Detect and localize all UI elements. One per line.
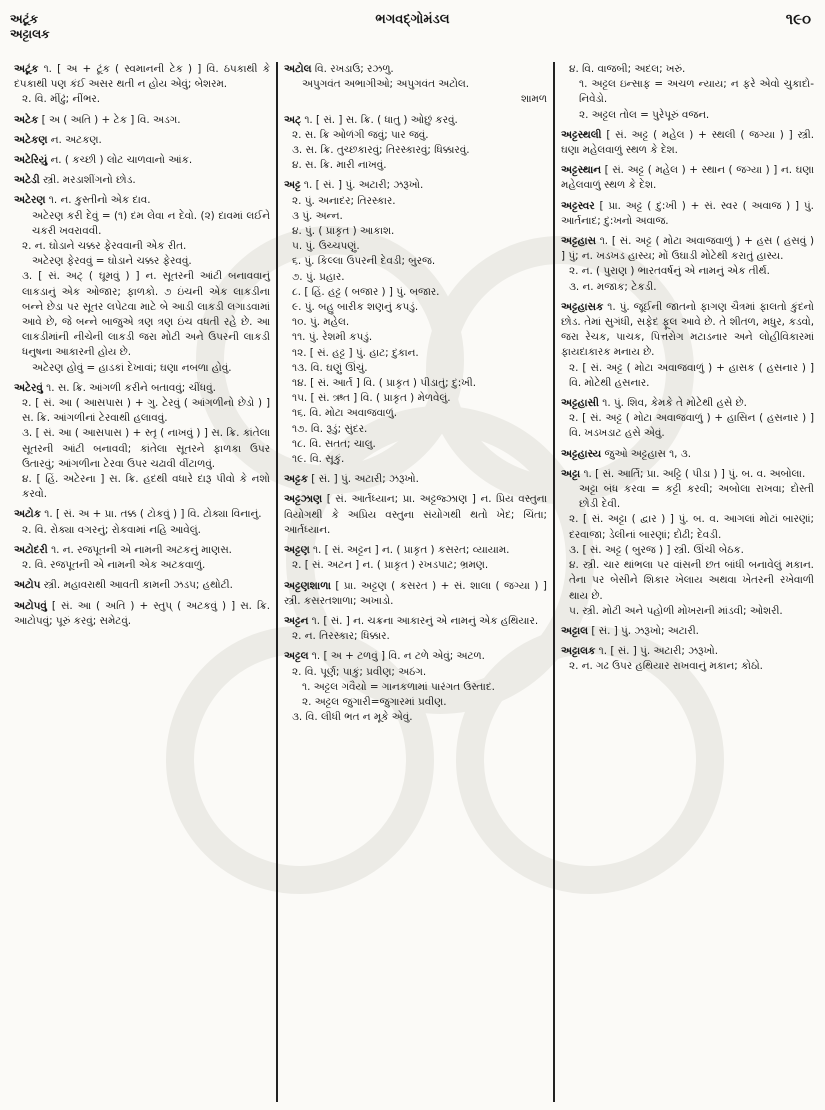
headword: અટેરિયું: [14, 154, 47, 166]
headword: અટેરવું: [14, 382, 43, 394]
sense-definition: ૨. [ સં. અટ્ટ ( મોટા અવાજવાળું ) + હાસક …: [561, 361, 814, 391]
dictionary-entry: અટેરિયું ન. ( કચ્છી ) લોટ ચાળવાનો આંક.: [14, 153, 270, 168]
dictionary-entry: અટોક ૧. [ સં. અ + પ્રા. તક્ક ( ટોકવું ) …: [14, 507, 270, 537]
entry-first-line: અટ્ટસ્થાન [ સં. અટ્ટ ( મહેલ ) + સ્થાન ( …: [561, 163, 814, 193]
headword: અટોપવું: [14, 600, 47, 612]
entry-first-line: અટ્ટક [ સં. ] પું. અટારી; ઝરૂખો.: [284, 472, 547, 487]
entry-first-line: અટૂંક ૧. [ અ + ટૂંક ( સ્વમાનની ટેક ) ] વ…: [14, 62, 270, 92]
definition-text: ૧. [ અ + ટળવું ] વિ. ન ટળે એવું; અટળ.: [312, 650, 485, 662]
dictionary-entry: અટ્ ૧. [ સં. ] સ. ક્રિ. ( ધાતુ ) ઓછું કર…: [284, 113, 547, 174]
headword: અટ્ટહાસક: [561, 301, 603, 313]
sense-definition: ૫. પું. ઉચ્ચપણું.: [284, 239, 547, 254]
entry-first-line: અટ્ટાલ [ સં. ] પું. ઝરૂખો; અટારી.: [561, 624, 814, 639]
definition-text: ૧. [ અ + ટૂંક ( સ્વમાનની ટેક ) ] વિ. ઠપક…: [14, 63, 270, 90]
headword: અટોપ: [14, 579, 40, 591]
headword: અટેક: [14, 114, 38, 126]
headword: અટ્ટહાસ્ય: [561, 448, 601, 460]
sense-definition: ૨. ન. તિરસ્કાર; ધિક્કાર.: [284, 629, 547, 644]
sense-definition: ૨. ન. ( પુરાણ ) ભારતવર્ષનું એ નામનું એક …: [561, 264, 814, 279]
headword: અટૂંક: [14, 63, 38, 75]
dictionary-entry: અટ્ટહાસી ૧. પું. શિવ, કેમકે તે મોટેથી હસ…: [561, 396, 814, 442]
usage-example: અટેરણ કરી દેવું = (૧) દમ લેવા ન દેવો. (૨…: [14, 209, 270, 239]
usage-example: ૧. અટ્ટલ ગવૈયો = ગાનકળામાં પારંગત ઉસ્તાદ…: [284, 680, 547, 695]
headword: અટ્ટણ: [284, 544, 310, 556]
sense-definition: ૨. [ સં. આ ( આસપાસ ) + ગુ. ટેરવું ( આંગળ…: [14, 396, 270, 426]
sense-definition: ૨. [ સં. અટ્ટ ( મોટા અવાજવાળું ) + હાસિન…: [561, 411, 814, 441]
entry-first-line: અટ્ટા ૧. [ સં. આર્તિ; પ્રા. અટ્ટિ ( પીડા…: [561, 467, 814, 482]
dictionary-entry: અટોલ વિ. રખડાઉ; રઝળુ.અપુગવંત અભાગીઓ; અપુ…: [284, 62, 547, 108]
dictionary-entry: અટ્ટસ્વર [ પ્રા. અટ્ટ ( દુ:ખી ) + સં. સ્…: [561, 199, 814, 229]
definition-text: ૧. [ સં. ] ન. ચક્રના આકારનું એ નામનું એક…: [312, 615, 539, 627]
definition-text: ૧. ન. રજપૂતની એ નામની અટકનું માણસ.: [51, 544, 232, 556]
headword: અટ્ટ: [284, 179, 301, 191]
definition-text: ૧. [ સં. ] પું. અટારી; ઝરૂખો.: [304, 179, 423, 191]
column-left: અટૂંક ૧. [ અ + ટૂંક ( સ્વમાનની ટેક ) ] વ…: [8, 62, 278, 1102]
entry-first-line: અટેક [ અ ( અતિ ) + ટેક ] વિ. અડગ.: [14, 113, 270, 128]
headword: અટેરણ: [14, 194, 45, 206]
sense-definition: ૪. સ્ત્રી. ચાર થાંભલા પર વાંસની છત બાંધી…: [561, 558, 814, 604]
sense-definition: ૨. [ સં. અટ્ટા ( દ્વાર ) ] પું. બ. વ. આગ…: [561, 512, 814, 542]
definition-text: સ્ત્રી. મહાવરાથી આવતી કામની ઝડપ; હથોટી.: [44, 579, 233, 591]
sense-definition: ૩. ન. મજાક; ટેકડી.: [561, 280, 814, 295]
definition-text: [ સં. ] પું. અટારી; ઝરૂખો.: [311, 473, 419, 485]
sense-definition: ૩. [ સં. અટ્ટ ( બુરજ ) ] સ્ત્રી. ઊંચી બે…: [561, 543, 814, 558]
sense-definition: ૧૫. [ સં. ઋત ] વિ. ( પ્રાકૃત ) મેળવેલું.: [284, 391, 547, 406]
definition-text: સ્ત્રી. મરડાશીંગનો છોડ.: [43, 174, 136, 186]
sense-definition: ૩. સ. ક્રિ. તુચ્છકારવું; તિરસ્કારવું; ધિ…: [284, 143, 547, 158]
sense-definition: ૧૦. પું. મહેલ.: [284, 315, 547, 330]
definition-text: ૧. [ સં. અટ્ટ ( મોટા અવાજવાળું ) + હસ ( …: [561, 235, 814, 262]
entry-first-line: અટ્ટઝાણ [ સં. આર્તધ્યાન; પ્રા. અટ્ટજ્ઝાણ…: [284, 492, 547, 538]
dictionary-entry: અટ્ટા ૧. [ સં. આર્તિ; પ્રા. અટ્ટિ ( પીડા…: [561, 467, 814, 619]
definition-text: ૧. [ સં. ] સ. ક્રિ. ( ધાતુ ) ઓછું કરવું.: [304, 114, 457, 126]
sense-definition: ૬. પું. કિલ્લા ઉપરની દેવડી; બુરજ.: [284, 254, 547, 269]
headword: અટ્ટહાસી: [561, 397, 599, 409]
entry-first-line: અટ્ટહાસ્ય જુઓ અટ્ટહાસ ૧, ૩.: [561, 447, 814, 462]
dictionary-entry: અટ્ટક [ સં. ] પું. અટારી; ઝરૂખો.: [284, 472, 547, 487]
definition-text: ૧. પું. શિવ, કેમકે તે મોટેથી હસે છે.: [602, 397, 747, 409]
entry-first-line: અટેકણ ન. અટકણ.: [14, 133, 270, 148]
dictionary-entry: અટેરણ ૧. ન. કુસ્તીનો એક દાવ.અટેરણ કરી દે…: [14, 193, 270, 375]
definition-text: ૧. ન. કુસ્તીનો એક દાવ.: [49, 194, 151, 206]
dictionary-entry: ૪. વિ. વાજબી; અદલ; ખરું.૧. અટ્ટલ ઇન્સાફ …: [561, 62, 814, 123]
entry-first-line: અટોપવું [ સં. આ ( અતિ ) + સ્તુપ્ ( અટકવુ…: [14, 599, 270, 629]
dictionary-entry: અટ્ટલ ૧. [ અ + ટળવું ] વિ. ન ટળે એવું; અ…: [284, 649, 547, 725]
definition-text: [ પ્રા. અટ્ટ ( દુ:ખી ) + સં. સ્વર ( અવાજ…: [561, 200, 814, 227]
dictionary-entry: અટ્ટહાસ્ય જુઓ અટ્ટહાસ ૧, ૩.: [561, 447, 814, 462]
page-number: ૧૯૦: [786, 10, 811, 28]
headword: અટેડી: [14, 174, 40, 186]
sense-definition: ૧૬. વિ. મોટા અવાજવાળું.: [284, 406, 547, 421]
sense-definition: ૧૧. પું. રેશમી કપડું.: [284, 330, 547, 345]
headword: અટોલ: [284, 63, 311, 75]
usage-example: ૨. અટ્ટલ જુગારી=જુગારમાં પ્રવીણ.: [284, 695, 547, 710]
dictionary-entry: અટ્ટાલક ૧. [ સં. ] પું. અટારી; ઝરૂખો.૨. …: [561, 644, 814, 674]
sense-definition: ૨. વિ. રોક્યા વગરનું; રોકવામાં નહિ આવેલુ…: [14, 523, 270, 538]
definition-text: વિ. રખડાઉ; રઝળુ.: [315, 63, 394, 75]
entry-first-line: અટોદરી ૧. ન. રજપૂતની એ નામની અટકનું માણસ…: [14, 543, 270, 558]
dictionary-columns: અટૂંક ૧. [ અ + ટૂંક ( સ્વમાનની ટેક ) ] વ…: [8, 62, 820, 1102]
headword: અટ્ટણશાળા: [284, 580, 331, 592]
sense-definition: ૧૨. [ સં. હટ્ટ ] પું. હાટ; દુકાન.: [284, 346, 547, 361]
entry-first-line: અટ્ટસ્થલી [ સં. અટ્ટ ( મહેલ ) + સ્થલી ( …: [561, 128, 814, 158]
sense-definition: ૧૪. [ સં. આર્ત ] વિ. ( પ્રાકૃત ) પીડાતું…: [284, 376, 547, 391]
dictionary-entry: અટોપ સ્ત્રી. મહાવરાથી આવતી કામની ઝડપ; હથ…: [14, 578, 270, 593]
headword: અટ્ટાલક: [561, 645, 595, 657]
headword: અટ્ટસ્વર: [561, 200, 595, 212]
dictionary-entry: અટ્ટઝાણ [ સં. આર્તધ્યાન; પ્રા. અટ્ટજ્ઝાણ…: [284, 492, 547, 538]
headword: અટ્ટહાસ: [561, 235, 596, 247]
dictionary-entry: અટેક [ અ ( અતિ ) + ટેક ] વિ. અડગ.: [14, 113, 270, 128]
dictionary-entry: અટ્ટણ ૧. [ સં. અટ્ટન ] ન. ( પ્રાકૃત ) કસ…: [284, 543, 547, 573]
definition-text: [ અ ( અતિ ) + ટેક ] વિ. અડગ.: [42, 114, 181, 126]
sense-definition: ૨. વિ. મીંઢું; નીંભર.: [14, 92, 270, 107]
entry-first-line: અટેરવું ૧. સ. ક્રિ. આંગળી કરીને બતાવવું;…: [14, 381, 270, 396]
dictionary-entry: અટેડી સ્ત્રી. મરડાશીંગનો છોડ.: [14, 173, 270, 188]
sense-definition: ૨. ન. ગઢ ઉપર હથિયાર રાખવાનું મકાન; કોઠો.: [561, 659, 814, 674]
entry-first-line: અટેરિયું ન. ( કચ્છી ) લોટ ચાળવાનો આંક.: [14, 153, 270, 168]
headword: અટ્ટસ્થાન: [561, 164, 601, 176]
dictionary-entry: અટોપવું [ સં. આ ( અતિ ) + સ્તુપ્ ( અટકવુ…: [14, 599, 270, 629]
sense-definition: ૩ પું. અન્ન.: [284, 209, 547, 224]
headword: અટ્ટસ્થલી: [561, 129, 602, 141]
sense-definition: ૨. [ સં. અટન ] ન. ( પ્રાકૃત ) રખડપાટ; ભ્…: [284, 558, 547, 573]
definition-text: ૧. [ સં. ] પું. અટારી; ઝરૂખો.: [599, 645, 718, 657]
headword: અટોદરી: [14, 544, 48, 556]
dictionary-entry: અટ્ટસ્થાન [ સં. અટ્ટ ( મહેલ ) + સ્થાન ( …: [561, 163, 814, 193]
usage-example: અટેરણ ફેરવવું = ઘોડાને ચક્કર ફેરવવું.: [14, 254, 270, 269]
definition-text: [ સં. આર્તધ્યાન; પ્રા. અટ્ટજ્ઝાણ ] ન. પ્…: [284, 493, 547, 535]
dictionary-entry: અટ્ટ ૧. [ સં. ] પું. અટારી; ઝરૂખો.૨. પું…: [284, 178, 547, 467]
usage-example: અટેરણ હોવું = હાડકાં દેખાવાં; ઘણા નબળા હ…: [14, 361, 270, 376]
dictionary-entry: અટ્ટહાસક ૧. પું. જૂઈની જાતનો ફાગણ ચૈત્રમ…: [561, 300, 814, 391]
entry-first-line: અટ્ટહાસક ૧. પું. જૂઈની જાતનો ફાગણ ચૈત્રમ…: [561, 300, 814, 361]
entry-first-line: અટ્ટહાસી ૧. પું. શિવ, કેમકે તે મોટેથી હસ…: [561, 396, 814, 411]
dictionary-entry: અટ્ટણશાળા [ પ્રા. અટ્ટણ ( કસરત ) + સં. શ…: [284, 579, 547, 609]
dictionary-entry: અટ્ટસ્થલી [ સં. અટ્ટ ( મહેલ ) + સ્થલી ( …: [561, 128, 814, 158]
sense-definition: ૩. [ સં. અટ્ ( ઘૂમવું ) ] ન. સૂતરની આંટી…: [14, 269, 270, 360]
usage-example: અપુગવંત અભાગીઓ; અપુગવંત અટોલ.: [284, 77, 547, 92]
headword: અટ્ટઝાણ: [284, 493, 322, 505]
sense-definition: ૩. વિ. લીધી ભત ન મૂકે એવું.: [284, 710, 547, 725]
definition-text: ૧. [ સં. અટ્ટન ] ન. ( પ્રાકૃત ) કસરત; વ્…: [313, 544, 510, 556]
headword: અટ્ટન: [284, 615, 308, 627]
sense-definition: ૨. પું. અનાદર; તિરસ્કાર.: [284, 194, 547, 209]
page-header: અટૂંક અટ્ટાલક ભગવદ્ગોમંડલ ૧૯૦: [0, 0, 825, 58]
entry-first-line: અટ્ટણ ૧. [ સં. અટ્ટન ] ન. ( પ્રાકૃત ) કસ…: [284, 543, 547, 558]
quotation-source: શામળ: [284, 92, 547, 107]
sense-definition: ૯. પું. બહુ બારીક શણનું કપડું.: [284, 300, 547, 315]
definition-text: ૧. [ સં. આર્તિ; પ્રા. અટ્ટિ ( પીડા ) ] પ…: [583, 468, 805, 480]
headword: અટોક: [14, 508, 41, 520]
dictionary-entry: અટેરવું ૧. સ. ક્રિ. આંગળી કરીને બતાવવું;…: [14, 381, 270, 503]
entry-first-line: અટ્ટન ૧. [ સં. ] ન. ચક્રના આકારનું એ નામ…: [284, 614, 547, 629]
definition-text: ન. ( કચ્છી ) લોટ ચાળવાનો આંક.: [51, 154, 193, 166]
entry-first-line: અટ્ટાલક ૧. [ સં. ] પું. અટારી; ઝરૂખો.: [561, 644, 814, 659]
sense-definition: ૪. સ. ક્રિ. મારી નાખવું.: [284, 158, 547, 173]
usage-example: ૨. અટ્ટલ તોલ = પુરેપૂરું વજન.: [561, 108, 814, 123]
sense-definition: ૨. ન. ઘોડાને ચક્કર ફેરવવાની એક રીત.: [14, 239, 270, 254]
sense-definition: ૩. [ સં. આ ( આસપાસ ) + સ્તૃ ( નાખવું ) ]…: [14, 426, 270, 472]
sense-definition: ૨. વિ. રજપૂતની એ નામની એક અટકવાળું.: [14, 558, 270, 573]
sense-definition: ૪. વિ. વાજબી; અદલ; ખરું.: [561, 62, 814, 77]
sense-definition: ૭. પું. પ્રહાર.: [284, 270, 547, 285]
definition-text: જુઓ અટ્ટહાસ ૧, ૩.: [605, 448, 692, 460]
sense-definition: ૪. પું. ( પ્રાકૃત ) આકાશ.: [284, 224, 547, 239]
dictionary-entry: અટ્ટહાસ ૧. [ સં. અટ્ટ ( મોટા અવાજવાળું )…: [561, 234, 814, 295]
running-title: ભગવદ્ગોમંડલ: [0, 12, 825, 27]
sense-definition: ૫. સ્ત્રી. મોટી અને પહોળી મોખરાની માંડવી…: [561, 604, 814, 619]
dictionary-entry: અટૂંક ૧. [ અ + ટૂંક ( સ્વમાનની ટેક ) ] વ…: [14, 62, 270, 108]
sense-definition: ૧૮. વિ. સતત; ચાલુ.: [284, 437, 547, 452]
entry-first-line: અટ્ટણશાળા [ પ્રા. અટ્ટણ ( કસરત ) + સં. શ…: [284, 579, 547, 609]
entry-first-line: અટેરણ ૧. ન. કુસ્તીનો એક દાવ.: [14, 193, 270, 208]
usage-example: અટ્ટા બંધ કરવા = કટ્ટી કરવી; અબોલા રાખવા…: [561, 482, 814, 512]
entry-first-line: અટ્ટસ્વર [ પ્રા. અટ્ટ ( દુ:ખી ) + સં. સ્…: [561, 199, 814, 229]
entry-first-line: અટ્ટલ ૧. [ અ + ટળવું ] વિ. ન ટળે એવું; અ…: [284, 649, 547, 664]
definition-text: ન. અટકણ.: [51, 134, 102, 146]
dictionary-entry: અટેકણ ન. અટકણ.: [14, 133, 270, 148]
headword: અટ્: [284, 114, 301, 126]
definition-text: ૧. [ સં. અ + પ્રા. તક્ક ( ટોકવું ) ] વિ.…: [44, 508, 261, 520]
definition-text: [ સં. ] પું. ઝરૂખો; અટારી.: [591, 625, 699, 637]
sense-definition: ૧૭. વિ. રૂડું; સુંદર.: [284, 422, 547, 437]
dictionary-entry: અટ્ટાલ [ સં. ] પું. ઝરૂખો; અટારી.: [561, 624, 814, 639]
entry-first-line: અટેડી સ્ત્રી. મરડાશીંગનો છોડ.: [14, 173, 270, 188]
headword: અટ્ટલ: [284, 650, 308, 662]
headword: અટ્ટાલ: [561, 625, 588, 637]
sense-definition: ૪. [ હિં. અટેરના ] સ. ક્રિ. હદથી વધારે દ…: [14, 472, 270, 502]
definition-text: [ સં. આ ( અતિ ) + સ્તુપ્ ( અટકવું ) ] સ.…: [14, 600, 270, 627]
headword: અટ્ટક: [284, 473, 308, 485]
entry-first-line: અટ્ટ ૧. [ સં. ] પું. અટારી; ઝરૂખો.: [284, 178, 547, 193]
sense-definition: ૨. સ. ક્રિ ઓળંગી જવું; પાર જવું.: [284, 128, 547, 143]
headword: અટેકણ: [14, 134, 47, 146]
column-right: ૪. વિ. વાજબી; અદલ; ખરું.૧. અટ્ટલ ઇન્સાફ …: [555, 62, 820, 1102]
sense-definition: ૨. વિ. પૂર્ણ; પાકું; પ્રવીણ; અઠંગ.: [284, 665, 547, 680]
sense-definition: ૧૩. વિ. ઘણું ઊંચું.: [284, 361, 547, 376]
usage-example: ૧. અટ્ટલ ઇન્સાફ = અચળ ન્યાય; ન ફરે એવો ચ…: [561, 77, 814, 107]
entry-first-line: અટ્ ૧. [ સં. ] સ. ક્રિ. ( ધાતુ ) ઓછું કર…: [284, 113, 547, 128]
entry-first-line: અટોલ વિ. રખડાઉ; રઝળુ.: [284, 62, 547, 77]
column-middle: અટોલ વિ. રખડાઉ; રઝળુ.અપુગવંત અભાગીઓ; અપુ…: [278, 62, 555, 1102]
definition-text: ૧. સ. ક્રિ. આંગળી કરીને બતાવવું; ચીંધવું…: [46, 382, 216, 394]
sense-definition: ૮. [ હિં. હટ્ટ ( બજાર ) ] પું. બજાર.: [284, 285, 547, 300]
sense-definition: ૧૯. વિ. સૂકું.: [284, 452, 547, 467]
dictionary-entry: અટ્ટન ૧. [ સં. ] ન. ચક્રના આકારનું એ નામ…: [284, 614, 547, 644]
guide-word-last: અટ્ટાલક: [10, 27, 50, 42]
entry-first-line: અટ્ટહાસ ૧. [ સં. અટ્ટ ( મોટા અવાજવાળું )…: [561, 234, 814, 264]
entry-first-line: અટોપ સ્ત્રી. મહાવરાથી આવતી કામની ઝડપ; હથ…: [14, 578, 270, 593]
entry-first-line: અટોક ૧. [ સં. અ + પ્રા. તક્ક ( ટોકવું ) …: [14, 507, 270, 522]
dictionary-entry: અટોદરી ૧. ન. રજપૂતની એ નામની અટકનું માણસ…: [14, 543, 270, 573]
headword: અટ્ટા: [561, 468, 580, 480]
